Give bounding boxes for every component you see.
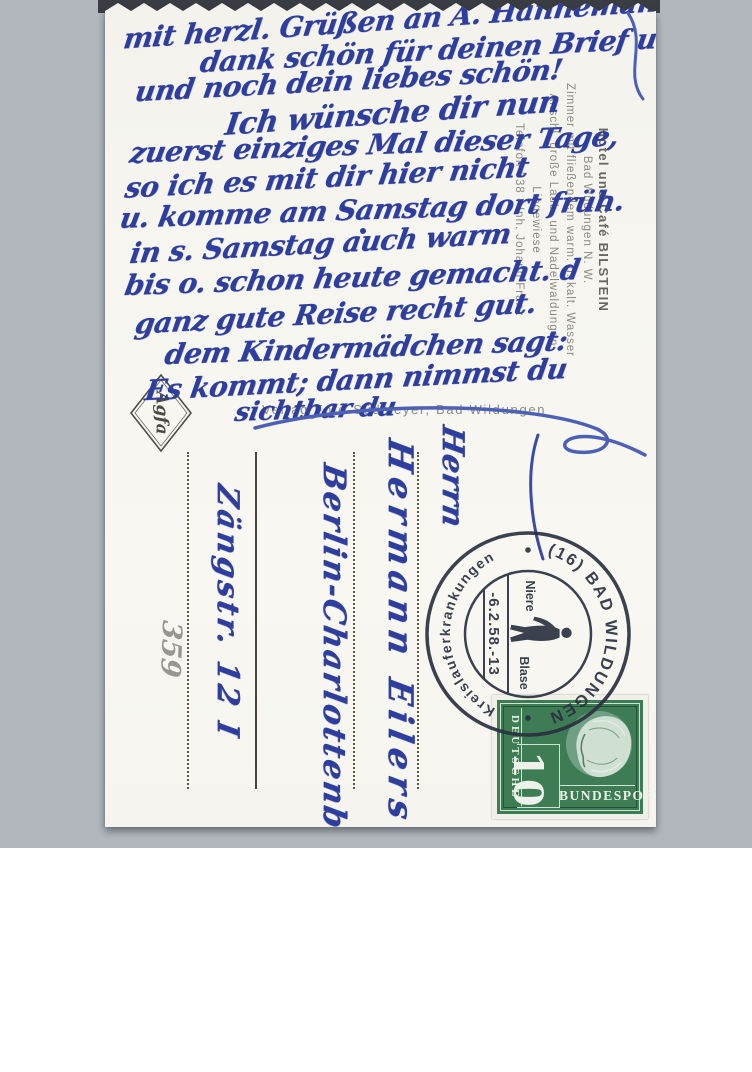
postmark-date: -6.2.58.-13 [485, 592, 502, 676]
postmark-separator-dot [525, 715, 531, 721]
address-rule-4 [187, 452, 189, 789]
address-rule-3 [255, 452, 257, 789]
address-street: Zängstr. 12 I [210, 482, 245, 742]
postmark: (16) BAD WILDUNGEN Kreislauferkrankungen… [418, 524, 638, 744]
hotel-name: Hotel und Café BILSTEIN [595, 46, 612, 394]
address-city: Berlin-Charlottenburg [316, 461, 352, 900]
address-name: Hermann Eilers [380, 436, 420, 828]
stamp-service-text: BUNDESPOST [559, 785, 635, 806]
postcard-back: Hotel und Café BILSTEIN Bad Wildungen N.… [105, 3, 656, 835]
stamp-value-number: 10 [504, 751, 551, 807]
postmark-statue [510, 617, 572, 642]
postmark-word-niere: Niere [523, 580, 537, 611]
postmark-separator-dot [525, 547, 531, 553]
pencil-number: 359 [154, 619, 187, 680]
scan-white-margin [0, 848, 752, 1072]
address-salutation: Herrn [435, 423, 470, 530]
hotel-town: Bad Wildungen N. W. [578, 46, 595, 394]
stamp-value-box: 10 [517, 744, 560, 808]
postmark-word-blase: Blase [517, 656, 531, 689]
message-line: sichtbar du [232, 392, 398, 428]
address-rule-2 [353, 452, 355, 789]
postcard-scan: Hotel und Café BILSTEIN Bad Wildungen N.… [0, 0, 752, 1072]
